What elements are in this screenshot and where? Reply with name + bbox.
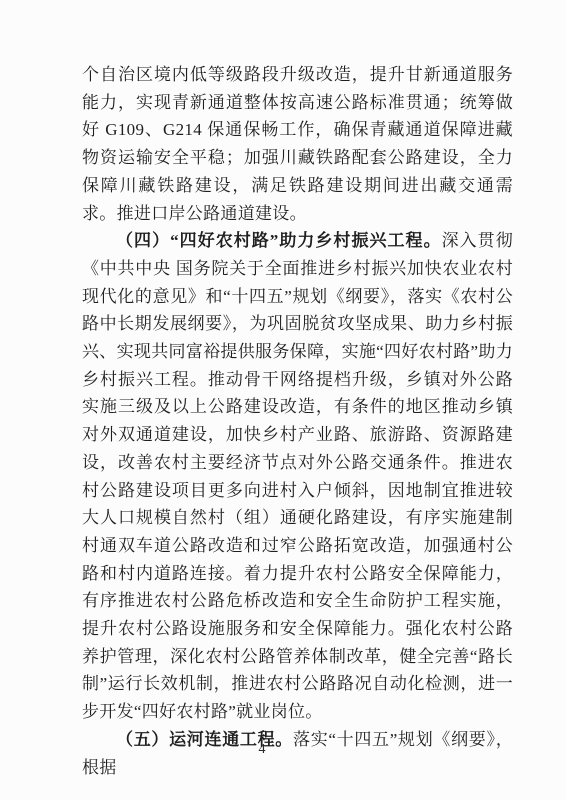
- paragraph: （四）“四好农村路”助力乡村振兴工程。深入贯彻《中共中央 国务院关于全面推进乡村…: [82, 227, 513, 726]
- page-number: 4: [0, 741, 524, 759]
- page-content: 个自治区境内低等级路段升级改造，提升甘新通道服务能力，实现青新通道整体按高速公路…: [82, 61, 513, 781]
- document-page: 个自治区境内低等级路段升级改造，提升甘新通道服务能力，实现青新通道整体按高速公路…: [0, 0, 566, 800]
- paragraph-text: 深入贯彻《中共中央 国务院关于全面推进乡村振兴加快农业农村现代化的意见》和“十四…: [82, 231, 513, 721]
- paragraph: 个自治区境内低等级路段升级改造，提升甘新通道服务能力，实现青新通道整体按高速公路…: [82, 61, 513, 227]
- paragraph-text: 个自治区境内低等级路段升级改造，提升甘新通道服务能力，实现青新通道整体按高速公路…: [82, 65, 513, 223]
- section-heading: （四）“四好农村路”助力乡村振兴工程。: [116, 231, 442, 250]
